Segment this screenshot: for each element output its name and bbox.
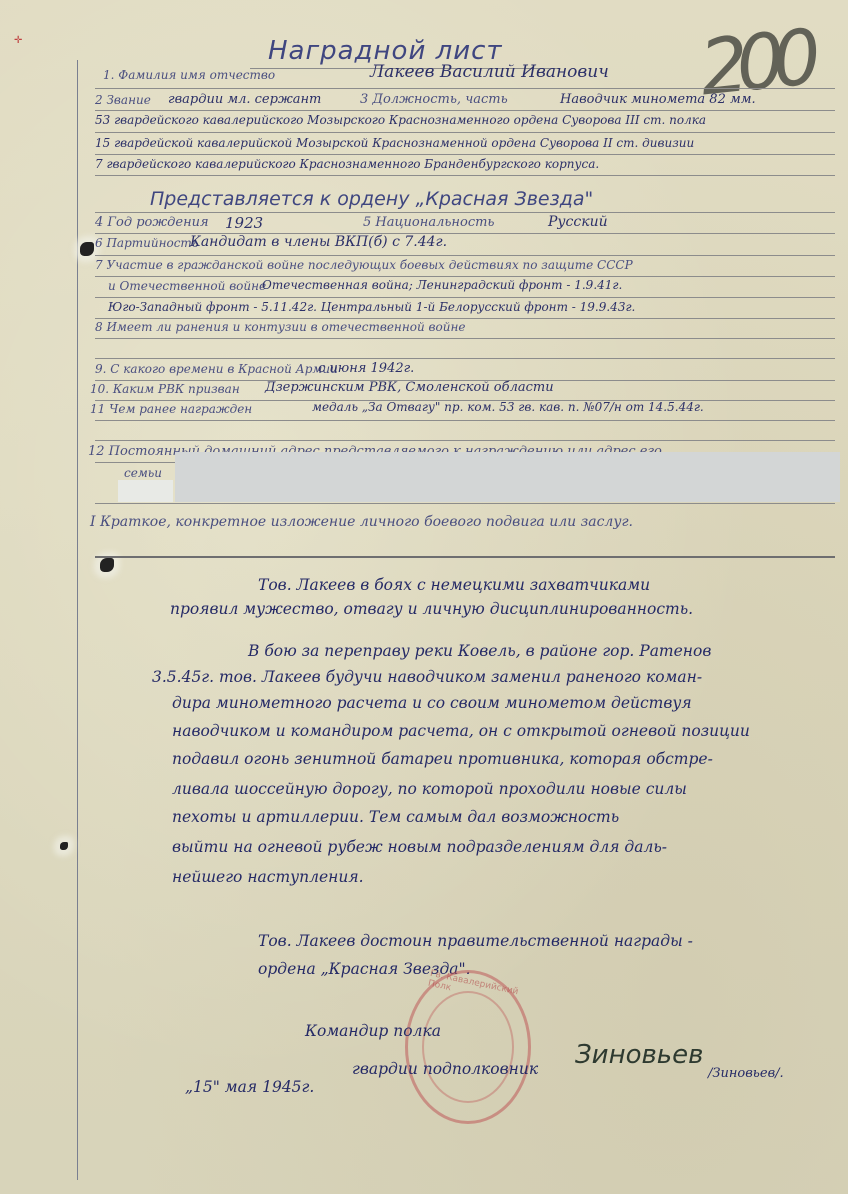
narrative-line: Тов. Лакеев в боях с немецкими захватчик…: [258, 576, 650, 594]
field-8-label: 8 Имеет ли ранения и контузии в отечеств…: [95, 320, 465, 334]
field-7-value-line-2: Юго-Западный фронт - 5.11.42г. Центральн…: [108, 300, 635, 314]
rule: [95, 318, 835, 319]
field-12-label-cont: семьи: [124, 466, 162, 480]
punch-hole: [60, 842, 68, 850]
rule: [95, 358, 835, 359]
field-10-value: Дзержинским РВК, Смоленской области: [265, 380, 554, 395]
narrative-line: 3.5.45г. тов. Лакеев будучи наводчиком з…: [152, 668, 702, 686]
signatory-position-line-1: Командир полка: [305, 1022, 441, 1040]
rule: [95, 88, 835, 89]
rule: [95, 440, 835, 441]
field-9-label: 9. С какого времени в Красной Армии: [95, 362, 338, 376]
rule: [95, 212, 835, 213]
rule: [95, 420, 835, 421]
redacted-address: [175, 452, 840, 502]
field-4-label: 4 Год рождения: [95, 215, 209, 230]
narrative-line: проявил мужество, отвагу и личную дисцип…: [170, 600, 693, 618]
redacted-address-part: [118, 480, 173, 502]
left-margin-line: [77, 60, 78, 1180]
narrative-line: ливала шоссейную дорогу, по которой прох…: [172, 780, 687, 798]
margin-cross-mark: ✛: [14, 35, 22, 46]
field-1-value: Лакеев Василий Иванович: [370, 62, 609, 82]
rule: [95, 276, 835, 277]
field-11-label: 11 Чем ранее награжден: [90, 402, 252, 416]
field-11-value: медаль „За Отвагу" пр. ком. 53 гв. кав. …: [312, 400, 704, 414]
sign-date: „15" мая 1945г.: [185, 1078, 314, 1096]
field-3-value: Наводчик миномета 82 мм.: [560, 92, 756, 107]
punch-hole: [80, 242, 94, 256]
narrative-line: подавил огонь зенитной батареи противник…: [172, 750, 713, 768]
narrative-line: В бою за переправу реки Ковель, в районе…: [248, 642, 711, 660]
unit-line-2: 15 гвардейской кавалерийской Мозырской К…: [95, 136, 694, 150]
field-4-value: 1923: [225, 214, 263, 232]
field-9-value: с июня 1942г.: [318, 361, 414, 376]
field-2-label: 2 Звание: [95, 93, 151, 107]
field-10-label: 10. Каким РВК призван: [90, 382, 240, 396]
rule: [95, 255, 835, 256]
regiment-stamp: Гв. Кавалерийский Полк: [405, 970, 531, 1124]
rule: [95, 110, 835, 111]
stamp-text: Гв. Кавалерийский Полк: [427, 969, 529, 1009]
signatory-name: /Зиновьев/.: [708, 1066, 784, 1081]
rule: [95, 175, 835, 176]
field-5-label: 5 Национальность: [363, 215, 495, 230]
unit-line-3: 7 гвардейского кавалерийского Краснознам…: [95, 157, 599, 171]
narrative-line: наводчиком и командиром расчета, он с от…: [172, 722, 750, 740]
field-3-label: 3 Должность, часть: [360, 92, 508, 107]
rule: [95, 132, 835, 133]
narrative-line: выйти на огневой рубеж новым подразделен…: [172, 838, 667, 856]
conclusion-line: Тов. Лакеев достоин правительственной на…: [258, 932, 693, 950]
section-divider: [95, 556, 835, 558]
field-7-value-line-1: Отечественная война; Ленинградский фронт…: [262, 278, 622, 292]
handwritten-signature: Зиновьев: [575, 1040, 703, 1070]
unit-line-1: 53 гвардейского кавалерийского Мозырског…: [95, 113, 706, 127]
narrative-line: пехоты и артиллерии. Тем самым дал возмо…: [172, 808, 619, 826]
rule: [95, 297, 835, 298]
field-7-label-line-1: 7 Участие в гражданской войне последующи…: [95, 258, 633, 272]
field-7-label-line-2: и Отечественной войне: [108, 279, 266, 293]
award-sheet-page: ✛ 200 Наградной лист 1. Фамилия имя отче…: [0, 0, 848, 1194]
field-5-value: Русский: [548, 214, 608, 230]
rule: [95, 338, 835, 339]
signatory-position-line-2: гвардии подполковник: [352, 1060, 538, 1078]
field-6-label: 6 Партийность: [95, 236, 198, 250]
narrative-line: дира минометного расчета и со своим мино…: [172, 694, 692, 712]
narrative-line: нейшего наступления.: [172, 868, 364, 886]
field-2-value: гвардии мл. сержант: [168, 92, 321, 107]
presented-for-order: Представляется к ордену „Красная Звезда": [150, 188, 593, 210]
section-I-heading: I Краткое, конкретное изложение личного …: [90, 514, 633, 530]
rule: [95, 503, 835, 504]
rule: [95, 154, 835, 155]
field-6-value: Кандидат в члены ВКП(б) с 7.44г.: [190, 234, 447, 250]
field-1-label: 1. Фамилия имя отчество: [103, 68, 275, 82]
punch-hole: [100, 558, 114, 572]
